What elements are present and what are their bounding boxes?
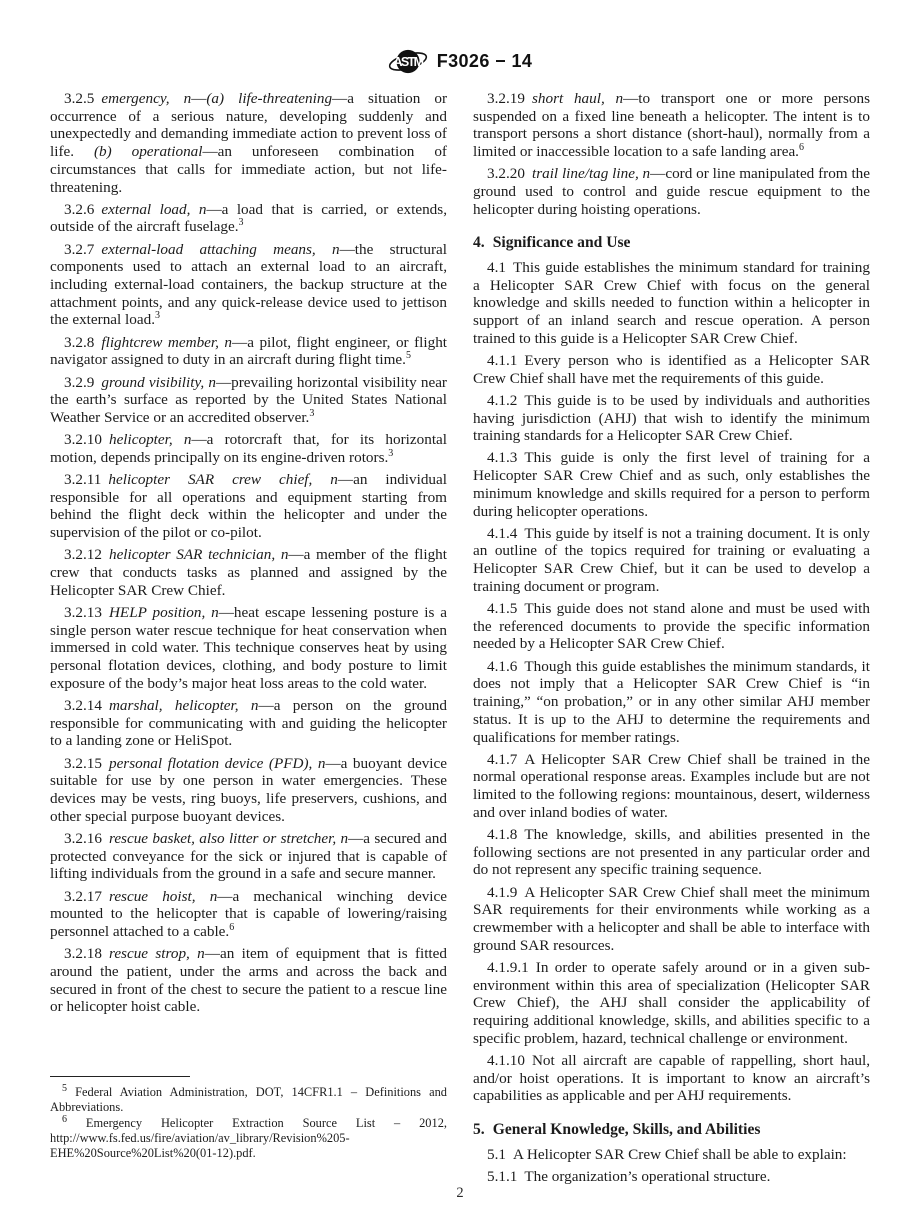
clause-4.1.4: 4.1.4This guide by itself is not a train… bbox=[473, 525, 870, 596]
page-header: ASTM F3026 − 14 bbox=[0, 46, 920, 77]
clause-4.1.6: 4.1.6Though this guide establishes the m… bbox=[473, 658, 870, 747]
clause-4.1.10: 4.1.10Not all aircraft are capable of ra… bbox=[473, 1052, 870, 1105]
astm-logo-icon: ASTM bbox=[388, 46, 428, 77]
definition-3.2.10: 3.2.10helicopter, n—a rotorcraft that, f… bbox=[50, 431, 447, 466]
footnote-rule bbox=[50, 1076, 190, 1077]
clause-4.1.5: 4.1.5This guide does not stand alone and… bbox=[473, 600, 870, 653]
definition-3.2.17: 3.2.17rescue hoist, n—a mechanical winch… bbox=[50, 888, 447, 941]
definition-3.2.7: 3.2.7external-load attaching means, n—th… bbox=[50, 241, 447, 330]
clause-4.1.3: 4.1.3This guide is only the first level … bbox=[473, 449, 870, 520]
definition-3.2.14: 3.2.14marshal, helicopter, n—a person on… bbox=[50, 697, 447, 750]
clause-4.1.1: 4.1.1Every person who is identified as a… bbox=[473, 352, 870, 387]
definition-3.2.5: 3.2.5emergency, n—(a) life-threatening—a… bbox=[50, 90, 447, 196]
definition-3.2.11: 3.2.11helicopter SAR crew chief, n—an in… bbox=[50, 471, 447, 542]
clause-4.1.9.1: 4.1.9.1In order to operate safely around… bbox=[473, 959, 870, 1048]
clause-4.1.2: 4.1.2This guide is to be used by individ… bbox=[473, 392, 870, 445]
clause-5.1.1: 5.1.1The organization’s operational stru… bbox=[473, 1168, 870, 1186]
definition-3.2.6: 3.2.6external load, n—a load that is car… bbox=[50, 201, 447, 236]
left-column: 3.2.5emergency, n—(a) life-threatening—a… bbox=[50, 90, 447, 1162]
definition-3.2.8: 3.2.8flightcrew member, n—a pilot, fligh… bbox=[50, 334, 447, 369]
footnote-5: 5 Federal Aviation Administration, DOT, … bbox=[50, 1085, 447, 1115]
right-column: 3.2.19short haul, n—to transport one or … bbox=[473, 90, 870, 1162]
definition-3.2.16: 3.2.16rescue basket, also litter or stre… bbox=[50, 830, 447, 883]
svg-text:ASTM: ASTM bbox=[393, 55, 423, 69]
section-5-heading: 5.General Knowledge, Skills, and Abiliti… bbox=[473, 1121, 870, 1139]
two-column-body: 3.2.5emergency, n—(a) life-threatening—a… bbox=[50, 90, 870, 1162]
definition-3.2.15: 3.2.15personal flotation device (PFD), n… bbox=[50, 755, 447, 826]
section-4-heading: 4.Significance and Use bbox=[473, 234, 870, 252]
definition-3.2.19: 3.2.19short haul, n—to transport one or … bbox=[473, 90, 870, 161]
document-page: ASTM F3026 − 14 3.2.5emergency, n—(a) li… bbox=[0, 0, 920, 1232]
definition-3.2.9: 3.2.9ground visibility, n—prevailing hor… bbox=[50, 374, 447, 427]
page-number: 2 bbox=[0, 1185, 920, 1202]
clause-4.1: 4.1This guide establishes the minimum st… bbox=[473, 259, 870, 348]
clause-4.1.7: 4.1.7A Helicopter SAR Crew Chief shall b… bbox=[473, 751, 870, 822]
clause-5.1: 5.1A Helicopter SAR Crew Chief shall be … bbox=[473, 1146, 870, 1164]
clause-4.1.9: 4.1.9A Helicopter SAR Crew Chief shall m… bbox=[473, 884, 870, 955]
doc-number: F3026 − 14 bbox=[437, 51, 533, 72]
definition-3.2.18: 3.2.18rescue strop, n—an item of equipme… bbox=[50, 945, 447, 1016]
definition-3.2.13: 3.2.13HELP position, n—heat escape lesse… bbox=[50, 604, 447, 693]
definition-3.2.12: 3.2.12helicopter SAR technician, n—a mem… bbox=[50, 546, 447, 599]
definition-3.2.20: 3.2.20trail line/tag line, n—cord or lin… bbox=[473, 165, 870, 218]
clause-4.1.8: 4.1.8The knowledge, skills, and abilitie… bbox=[473, 826, 870, 879]
footnote-6: 6 Emergency Helicopter Extraction Source… bbox=[50, 1116, 447, 1161]
spacer bbox=[50, 1020, 447, 1070]
